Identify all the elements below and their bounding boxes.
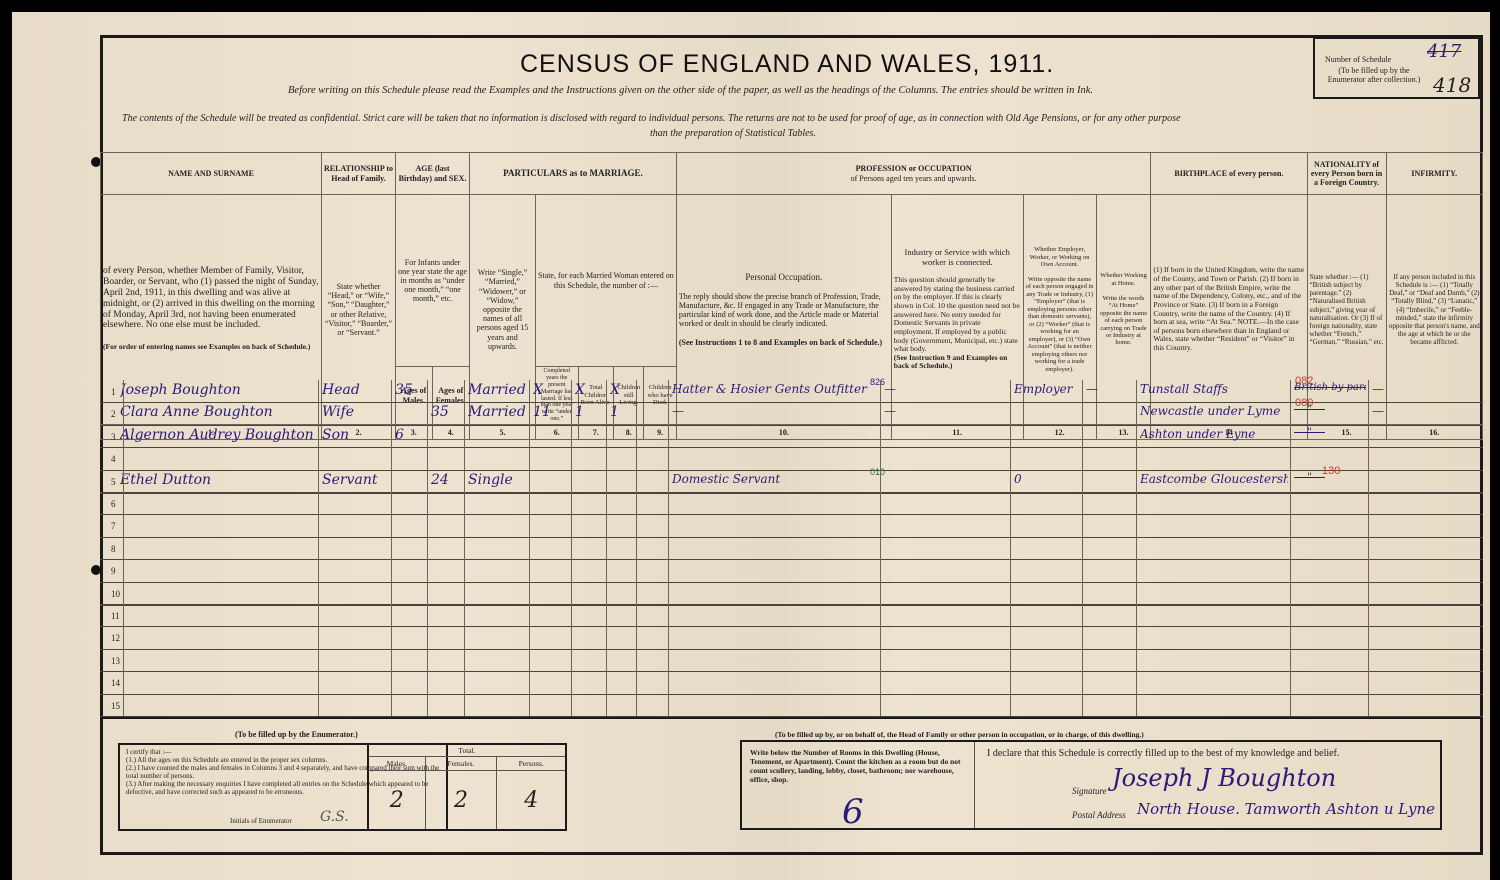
col-num: 16. (1386, 425, 1482, 440)
column-rule (606, 380, 607, 716)
females-label: Females. (425, 757, 497, 771)
birthplace-code: 080 (1295, 397, 1313, 409)
signature: Joseph J Boughton (1112, 764, 1336, 792)
cell-rel: Son (322, 427, 389, 443)
header-marriage: PARTICULARS as to MARRIAGE. (470, 153, 677, 195)
row-line (100, 649, 1483, 650)
schedule-number-box: Number of Schedule (To be filled up by t… (1313, 37, 1480, 99)
row-number: 14 (111, 678, 120, 688)
column-rule (1290, 380, 1291, 716)
column-rule (1082, 380, 1083, 716)
column-rule (427, 380, 428, 716)
cell-name: Joseph Boughton (120, 382, 332, 398)
row-number: 11 (111, 611, 120, 621)
table-bottom-rule (100, 717, 1483, 719)
desc-married-woman: State, for each Married Woman entered on… (535, 195, 676, 367)
cell-name: Algernon Audrey Boughton (120, 427, 332, 443)
column-rule (571, 380, 572, 716)
header-infirmity: INFIRMITY. (1386, 153, 1482, 195)
column-rule (318, 380, 319, 716)
row-line (100, 559, 1483, 560)
females-total: 2 (425, 771, 497, 831)
cell-living: 1 (610, 404, 634, 420)
cell-industry: — (884, 404, 1008, 418)
row-number: 6 (111, 499, 116, 509)
cell-birthplace: Newcastle under Lyme (1140, 404, 1288, 418)
total-label: Total. (368, 744, 566, 757)
row-line (100, 447, 1483, 448)
cell-living: X (610, 382, 634, 398)
cell-male_age: 35 (395, 382, 425, 398)
cell-years: 11 (533, 404, 569, 420)
column-rule (668, 380, 669, 716)
cell-marital: Married (468, 382, 527, 398)
row-number: 9 (111, 566, 116, 576)
cell-total: X (575, 382, 604, 398)
postal-address: North House. Tamworth Ashton u Lyne (1137, 800, 1435, 818)
column-rule (391, 380, 392, 716)
enumerator-heading: (To be filled up by the Enumerator.) (235, 730, 358, 739)
column-rule (1010, 380, 1011, 716)
header-age: AGE (last Birthday) and SEX. (396, 153, 470, 195)
row-number: 5 (111, 477, 116, 487)
signature-label: Signature (1072, 786, 1107, 796)
row-number: 10 (111, 589, 120, 599)
cell-female_age: 24 (431, 472, 462, 488)
cell-rel: Servant (322, 472, 389, 488)
row-number: 15 (111, 701, 120, 711)
row-number: 8 (111, 544, 116, 554)
schedule-number-struck: 417 (1427, 41, 1461, 62)
header-birthplace: BIRTHPLACE of every person. (1151, 153, 1307, 195)
cell-birthplace: Tunstall Staffs (1140, 382, 1288, 396)
schedule-number-note: (To be filled up by the Enumerator after… (1319, 67, 1429, 85)
household-declaration-box: Write below the Number of Rooms in this … (740, 740, 1442, 830)
cell-name: Ethel Dutton (120, 472, 332, 488)
row-number: 12 (111, 633, 120, 643)
header-occupation: PROFESSION or OCCUPATIONof Persons aged … (676, 153, 1151, 195)
desc-age: For Infants under one year state the age… (396, 195, 470, 367)
cell-total: 1 (575, 404, 604, 420)
rooms-count: 6 (842, 792, 864, 832)
instruction-line: Before writing on this Schedule please r… (288, 85, 1093, 96)
cell-infirmity: — (1372, 404, 1461, 418)
row-number: 1 (111, 387, 116, 397)
row-line (100, 492, 1483, 494)
column-rule (1136, 380, 1137, 716)
cell-employer: Employer (1014, 382, 1080, 396)
birthplace-code: 082 (1295, 375, 1313, 387)
column-rule (1368, 380, 1369, 716)
column-rule (636, 380, 637, 716)
row-line (100, 626, 1483, 627)
row-line (100, 470, 1483, 471)
cell-occupation: Hatter & Hosier Gents Outfitter (672, 382, 878, 396)
row-line (100, 514, 1483, 515)
row-line (100, 694, 1483, 695)
males-total: 2 (368, 771, 425, 831)
household-heading: (To be filled up by, or on behalf of, th… (775, 730, 1144, 739)
cell-birthplace: Eastcombe Gloucestershire (1140, 472, 1288, 486)
persons-total: 4 (497, 771, 566, 831)
persons-label: Persons. (497, 757, 566, 771)
col-num: 9. (644, 425, 676, 440)
cell-female_age: 35 (431, 404, 462, 420)
cell-infirmity: — (1372, 382, 1461, 396)
males-label: Males. (368, 757, 425, 771)
cell-birthplace: Ashton under Lyne (1140, 427, 1288, 441)
cell-marital: Married (468, 404, 527, 420)
schedule-number-label: Number of Schedule (1325, 55, 1391, 64)
cell-home: — (1086, 382, 1134, 396)
row-line (100, 582, 1483, 583)
cell-name: Clara Anne Boughton (120, 404, 332, 420)
confidential-line-2: than the preparation of Statistical Tabl… (650, 128, 816, 139)
cell-rel: Wife (322, 404, 389, 420)
row-line (100, 537, 1483, 538)
cell-industry: — (884, 382, 1008, 396)
row-line (100, 425, 1483, 426)
column-rule (529, 380, 530, 716)
row-number: 2 (111, 409, 116, 419)
col-num: 10. (676, 425, 891, 440)
col-num: 7. (578, 425, 613, 440)
cell-occupation: — (672, 404, 878, 418)
column-rule (123, 380, 124, 716)
row-number: 4 (111, 454, 116, 464)
column-rule (880, 380, 881, 716)
cell-years: X (533, 382, 569, 398)
confidential-line: The contents of the Schedule will be tre… (122, 113, 1181, 124)
row-line (100, 671, 1483, 672)
cell-employer: 0 (1014, 472, 1080, 486)
header-relationship: RELATIONSHIP to Head of Family. (322, 153, 396, 195)
row-number: 3 (111, 432, 116, 442)
cell-marital: Single (468, 472, 527, 488)
row-line (100, 604, 1483, 606)
occupation-code: 826 (870, 377, 885, 387)
postal-address-label: Postal Address (1072, 810, 1126, 820)
declaration-text: I declare that this Schedule is correctl… (987, 748, 1339, 759)
initials-label: Initials of Enumerator (230, 817, 292, 825)
enumerator-initials: G.S. (320, 809, 349, 825)
schedule-number-value: 418 (1433, 73, 1471, 97)
occupation-code: 010 (870, 467, 885, 477)
cell-nationality: — " — (1294, 427, 1366, 438)
header-nationality: NATIONALITY of every Person born in a Fo… (1307, 153, 1386, 195)
column-rule (464, 380, 465, 716)
totals-table: Total. Males. Females. Persons. 2 2 4 (367, 743, 567, 831)
header-name: NAME AND SURNAME (101, 153, 322, 195)
document-title: CENSUS OF ENGLAND AND WALES, 1911. (520, 50, 1054, 79)
col-num: 11. (891, 425, 1023, 440)
row-number: 13 (111, 656, 120, 666)
cell-male_age: 6 (395, 427, 425, 443)
cell-rel: Head (322, 382, 389, 398)
col-num: 12. (1023, 425, 1096, 440)
row-number: 7 (111, 521, 116, 531)
col-num: 5. (470, 425, 536, 440)
cell-occupation: Domestic Servant (672, 472, 878, 486)
col-num: 8. (614, 425, 644, 440)
birthplace-code: 130 (1322, 465, 1340, 477)
row-line (100, 402, 1483, 403)
